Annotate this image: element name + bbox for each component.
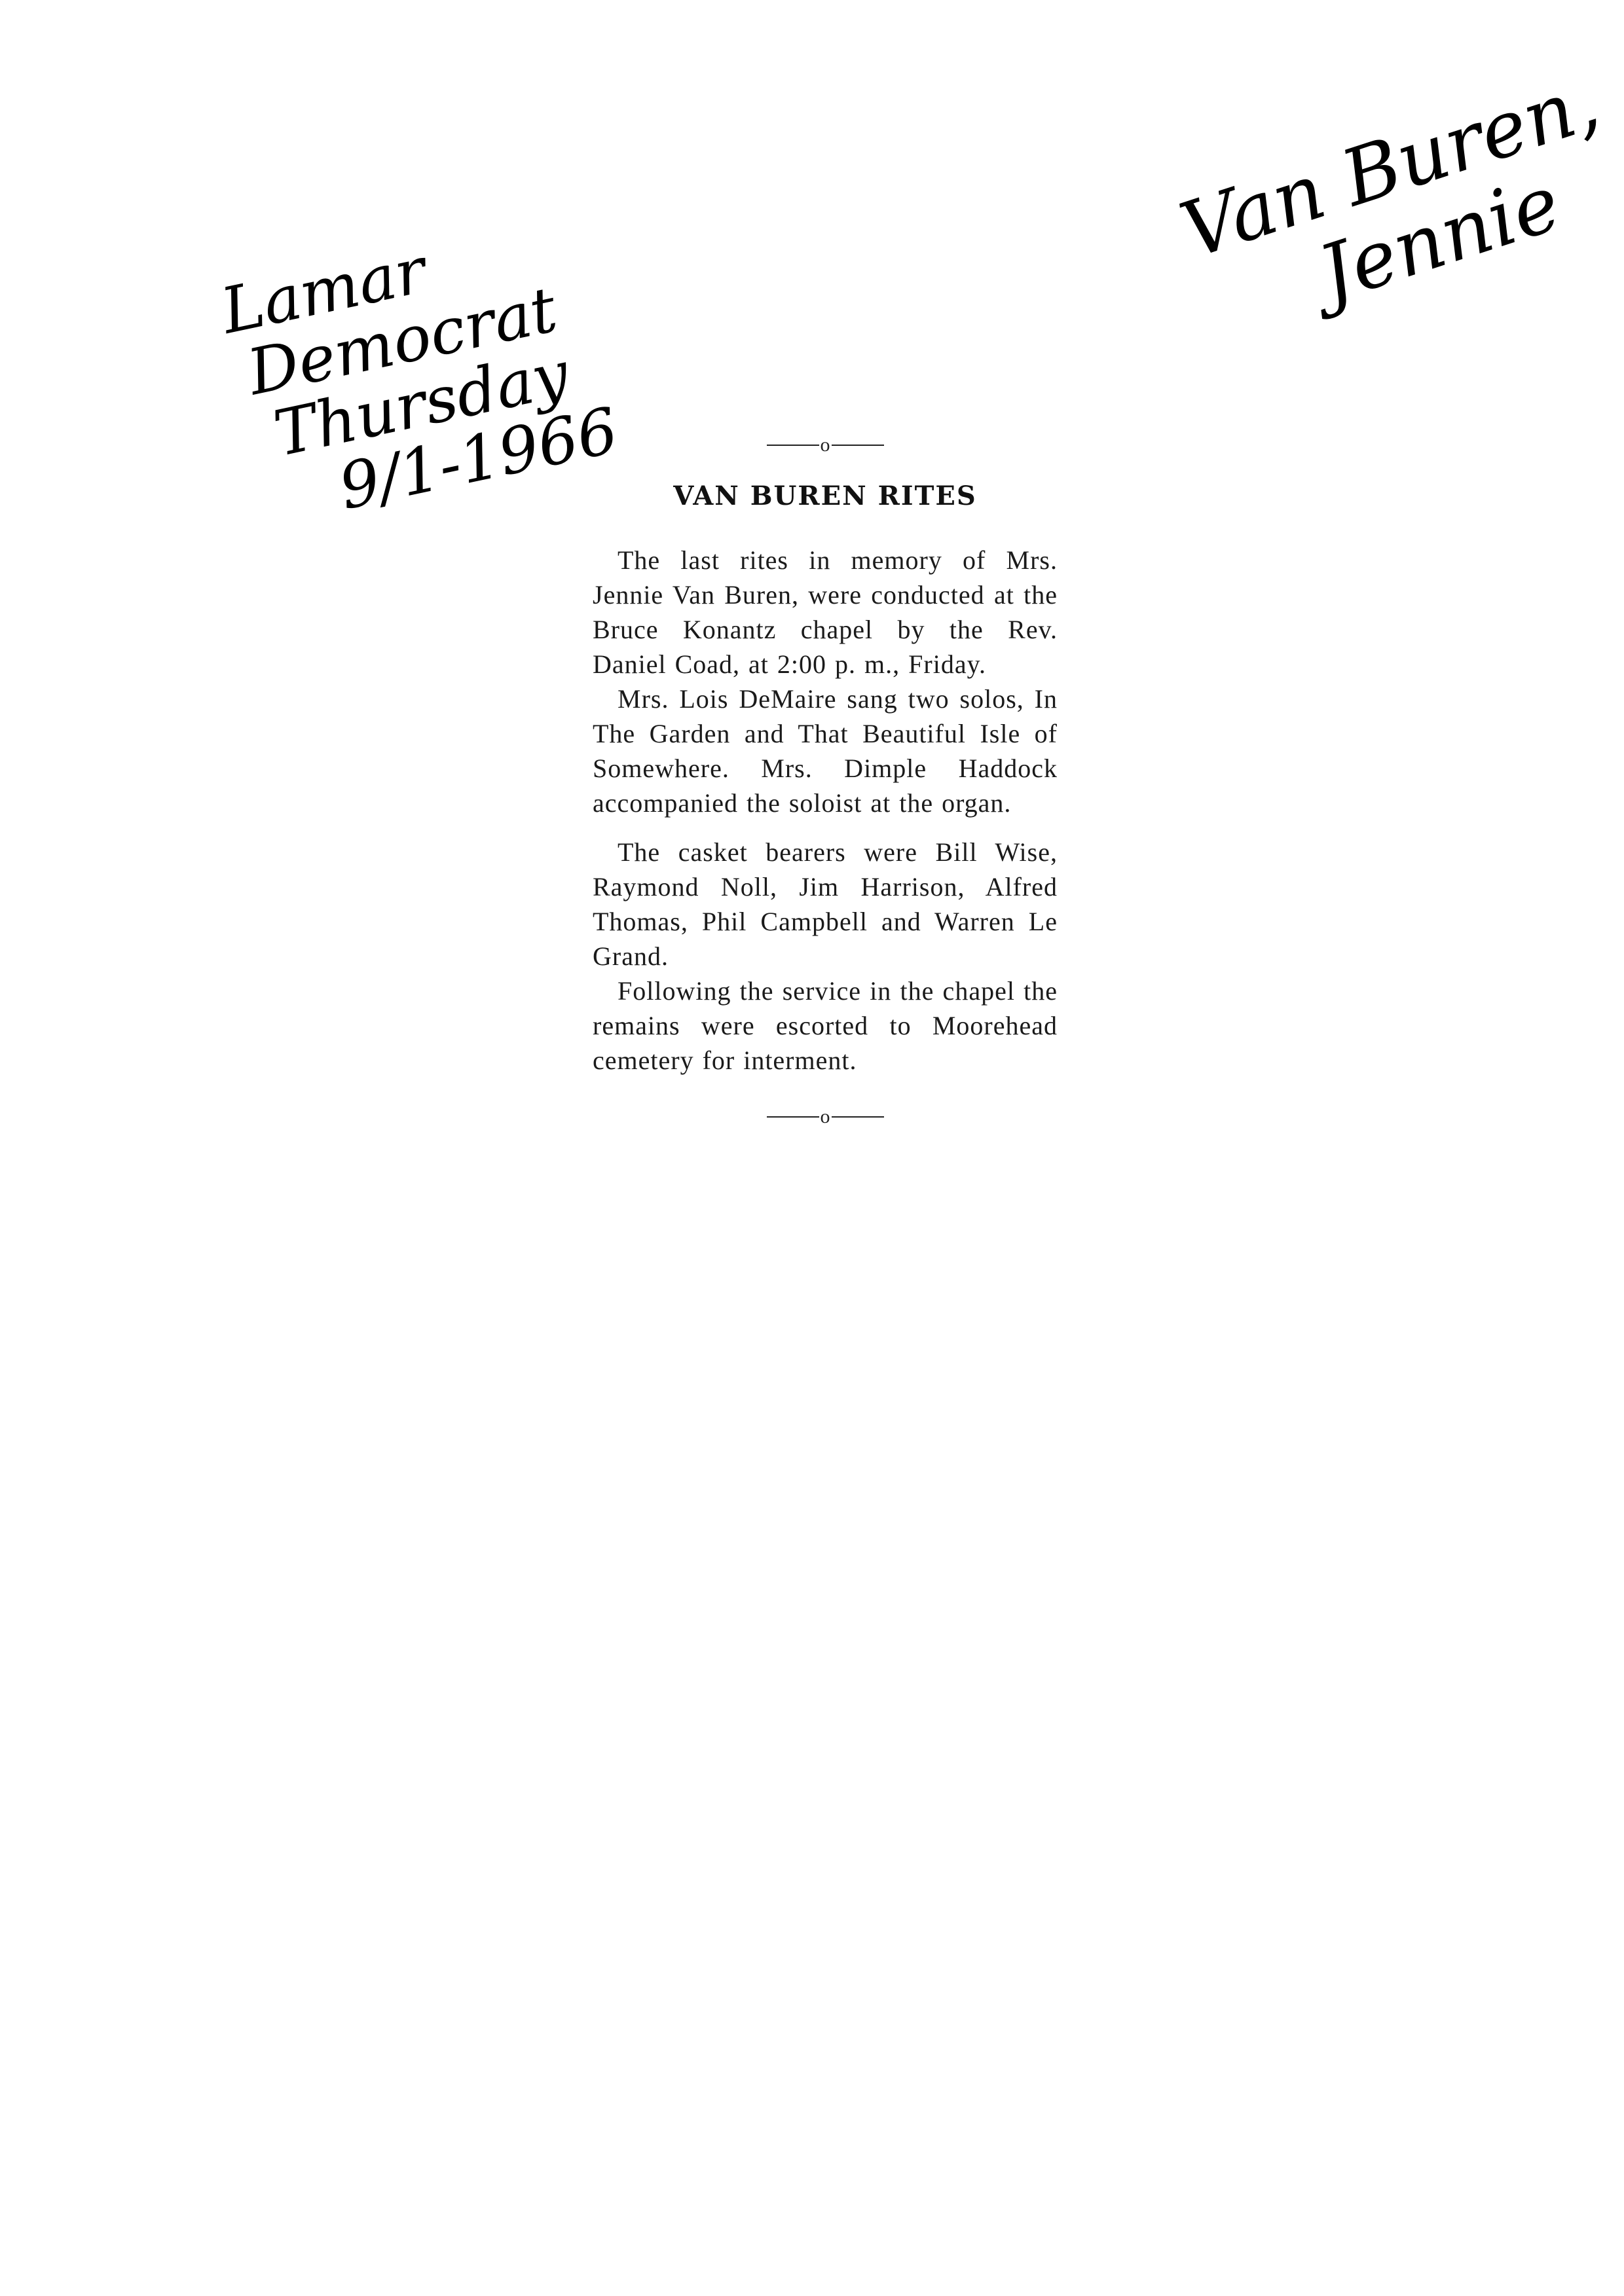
article-paragraph-bearers: The casket bearers were Bill Wise, Raymo… bbox=[593, 835, 1058, 974]
article-paragraph-music: Mrs. Lois DeMaire sang two solos, In The… bbox=[593, 682, 1058, 820]
article-paragraph-rites: The last rites in memory of Mrs. Jennie … bbox=[593, 543, 1058, 682]
article-paragraph-interment: Following the service in the chapel the … bbox=[593, 974, 1058, 1078]
top-divider: o bbox=[593, 432, 1058, 458]
divider-rule bbox=[767, 1116, 819, 1118]
divider-ornament-icon: o bbox=[821, 435, 830, 455]
handwritten-source-note: Lamar Democrat Thursday 9/1-1966 bbox=[216, 206, 623, 535]
divider-rule bbox=[767, 445, 819, 446]
article-headline: VAN BUREN RITES bbox=[593, 481, 1058, 511]
divider-ornament-icon: o bbox=[821, 1107, 830, 1127]
divider-rule bbox=[832, 445, 884, 446]
handwritten-name-note: Van Buren, Jennie bbox=[1172, 63, 1624, 350]
bottom-divider: o bbox=[593, 1104, 1058, 1130]
divider-rule bbox=[832, 1116, 884, 1118]
newspaper-clipping: o VAN BUREN RITES The last rites in memo… bbox=[593, 432, 1058, 1130]
